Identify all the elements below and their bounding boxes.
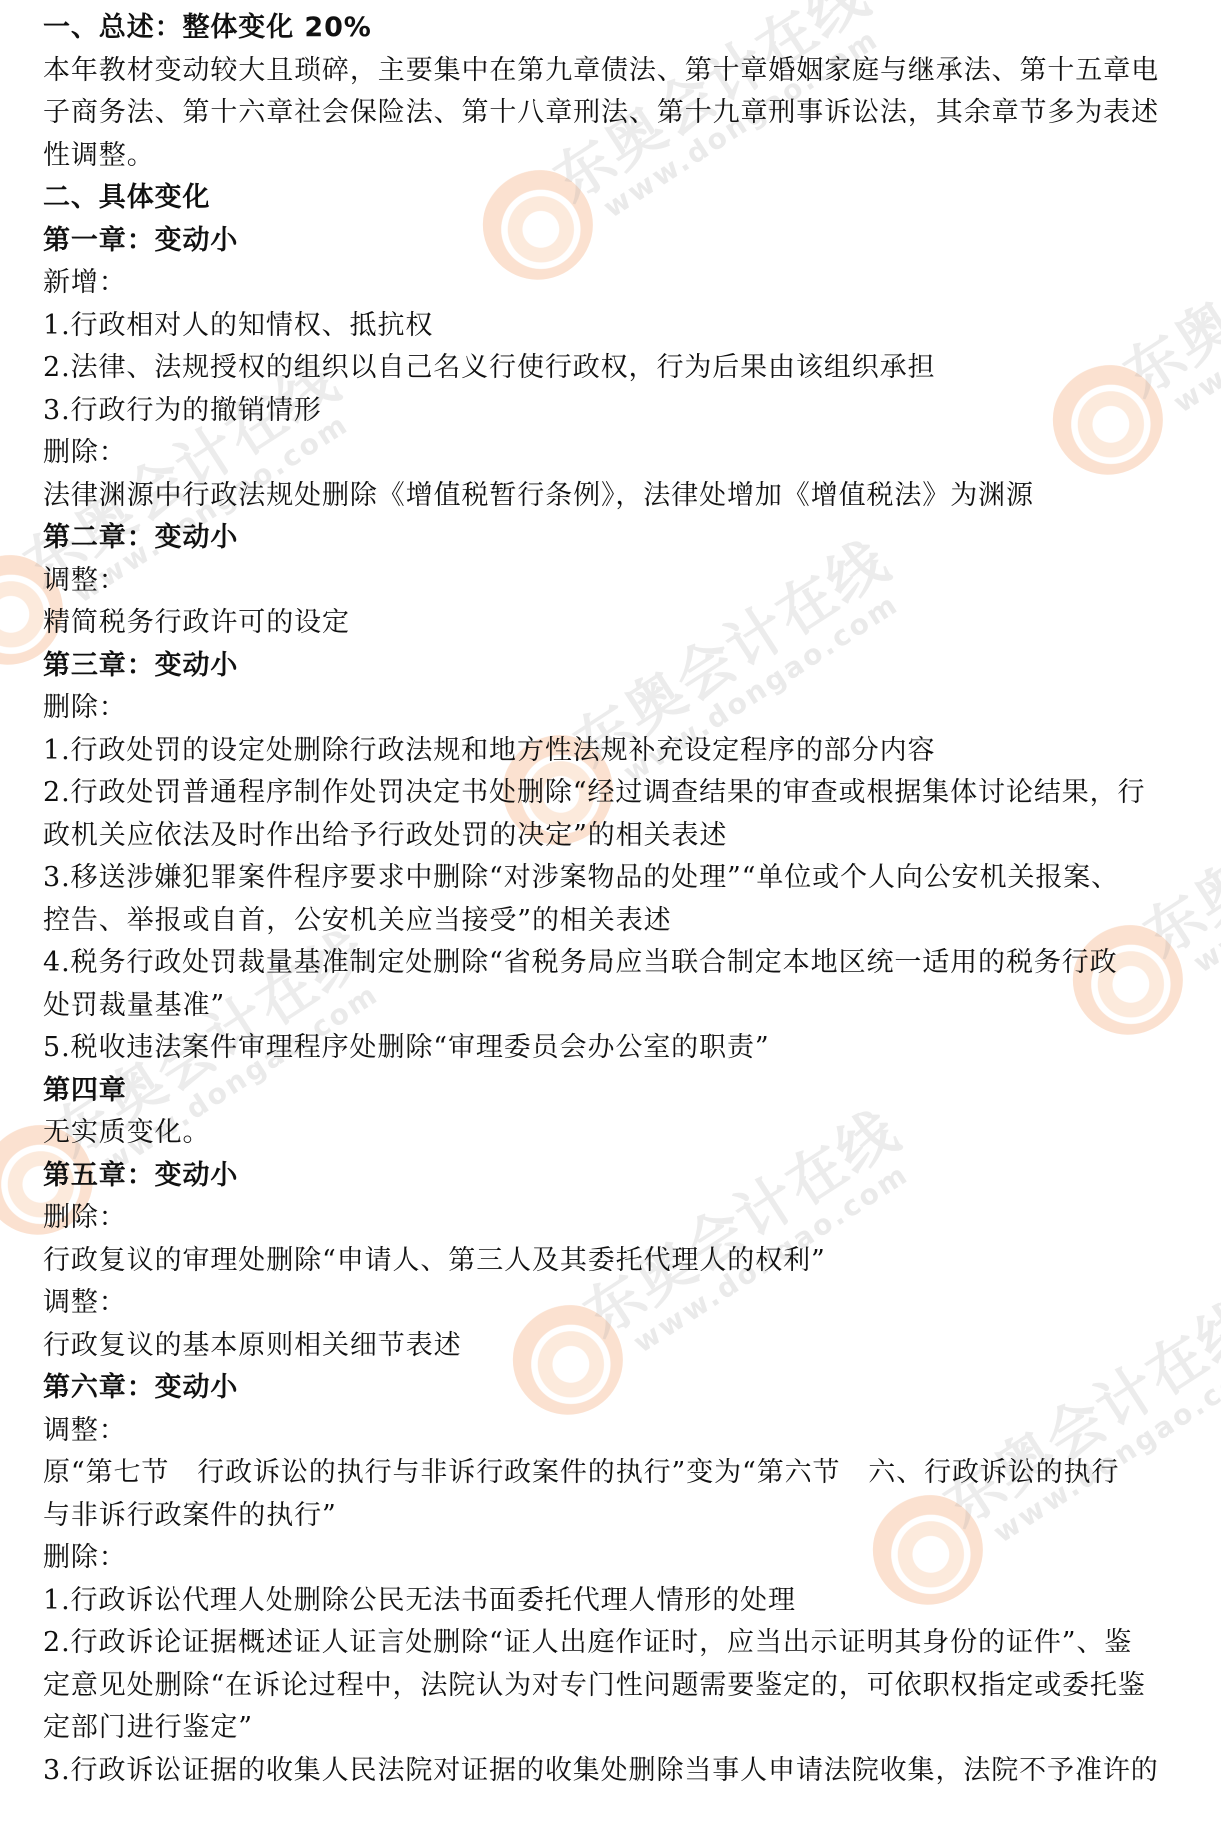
body-line: 3.行政诉讼证据的收集人民法院对证据的收集处删除当事人申请法院收集，法院不予准许… (43, 1750, 1203, 1793)
body-line: 性调整。 (43, 135, 1203, 178)
body-line: 5.税收违法案件审理程序处删除“审理委员会办公室的职责” (43, 1027, 1203, 1070)
body-line: 控告、举报或自首，公安机关应当接受”的相关表述 (43, 900, 1203, 943)
section-heading: 第一章：变动小 (43, 220, 1203, 263)
body-line: 1.行政诉讼代理人处删除公民无法书面委托代理人情形的处理 (43, 1580, 1203, 1623)
body-line: 1.行政处罚的设定处删除行政法规和地方性法规补充设定程序的部分内容 (43, 730, 1203, 773)
section-heading: 二、具体变化 (43, 177, 1203, 220)
body-line: 3.移送涉嫌犯罪案件程序要求中删除“对涉案物品的处理”“单位或个人向公安机关报案… (43, 857, 1203, 900)
section-heading: 一、总述：整体变化 20% (43, 7, 1203, 50)
section-heading: 第四章 (43, 1070, 1203, 1113)
section-heading: 第六章：变动小 (43, 1367, 1203, 1410)
body-line: 4.税务行政处罚裁量基准制定处删除“省税务局应当联合制定本地区统一适用的税务行政 (43, 942, 1203, 985)
section-heading: 第五章：变动小 (43, 1155, 1203, 1198)
body-line: 2.行政诉论证据概述证人证言处删除“证人出庭作证时，应当出示证明其身份的证件”、… (43, 1622, 1203, 1665)
body-line: 2.法律、法规授权的组织以自己名义行使行政权，行为后果由该组织承担 (43, 347, 1203, 390)
body-line: 调整： (43, 1282, 1203, 1325)
body-line: 行政复议的基本原则相关细节表述 (43, 1325, 1203, 1368)
body-line: 精简税务行政许可的设定 (43, 602, 1203, 645)
body-line: 删除： (43, 687, 1203, 730)
body-line: 无实质变化。 (43, 1112, 1203, 1155)
section-heading: 第二章：变动小 (43, 517, 1203, 560)
body-line: 调整： (43, 560, 1203, 603)
body-line: 删除： (43, 1537, 1203, 1580)
body-line: 子商务法、第十六章社会保险法、第十八章刑法、第十九章刑事诉讼法，其余章节多为表述 (43, 92, 1203, 135)
body-line: 处罚裁量基准” (43, 985, 1203, 1028)
body-line: 法律渊源中行政法规处删除《增值税暂行条例》，法律处增加《增值税法》为渊源 (43, 475, 1203, 518)
body-line: 本年教材变动较大且琐碎，主要集中在第九章债法、第十章婚姻家庭与继承法、第十五章电 (43, 50, 1203, 93)
body-line: 删除： (43, 1197, 1203, 1240)
body-line: 调整： (43, 1410, 1203, 1453)
body-line: 2.行政处罚普通程序制作处罚决定书处删除“经过调查结果的审查或根据集体讨论结果，… (43, 772, 1203, 815)
body-line: 新增： (43, 262, 1203, 305)
body-line: 行政复议的审理处删除“申请人、第三人及其委托代理人的权利” (43, 1240, 1203, 1283)
body-line: 1.行政相对人的知情权、抵抗权 (43, 305, 1203, 348)
document-page: 东奥会计在线 www.dongao.com 东奥会计在线 www.dongao.… (0, 0, 1221, 1846)
body-line: 政机关应依法及时作出给予行政处罚的决定”的相关表述 (43, 815, 1203, 858)
body-line: 3.行政行为的撤销情形 (43, 390, 1203, 433)
body-line: 定部门进行鉴定” (43, 1707, 1203, 1750)
document-body: 一、总述：整体变化 20%本年教材变动较大且琐碎，主要集中在第九章债法、第十章婚… (43, 7, 1203, 1792)
body-line: 原“第七节 行政诉讼的执行与非诉行政案件的执行”变为“第六节 六、行政诉讼的执行 (43, 1452, 1203, 1495)
section-heading: 第三章：变动小 (43, 645, 1203, 688)
body-line: 删除： (43, 432, 1203, 475)
body-line: 与非诉行政案件的执行” (43, 1495, 1203, 1538)
body-line: 定意见处删除“在诉论过程中，法院认为对专门性问题需要鉴定的，可依职权指定或委托鉴 (43, 1665, 1203, 1708)
